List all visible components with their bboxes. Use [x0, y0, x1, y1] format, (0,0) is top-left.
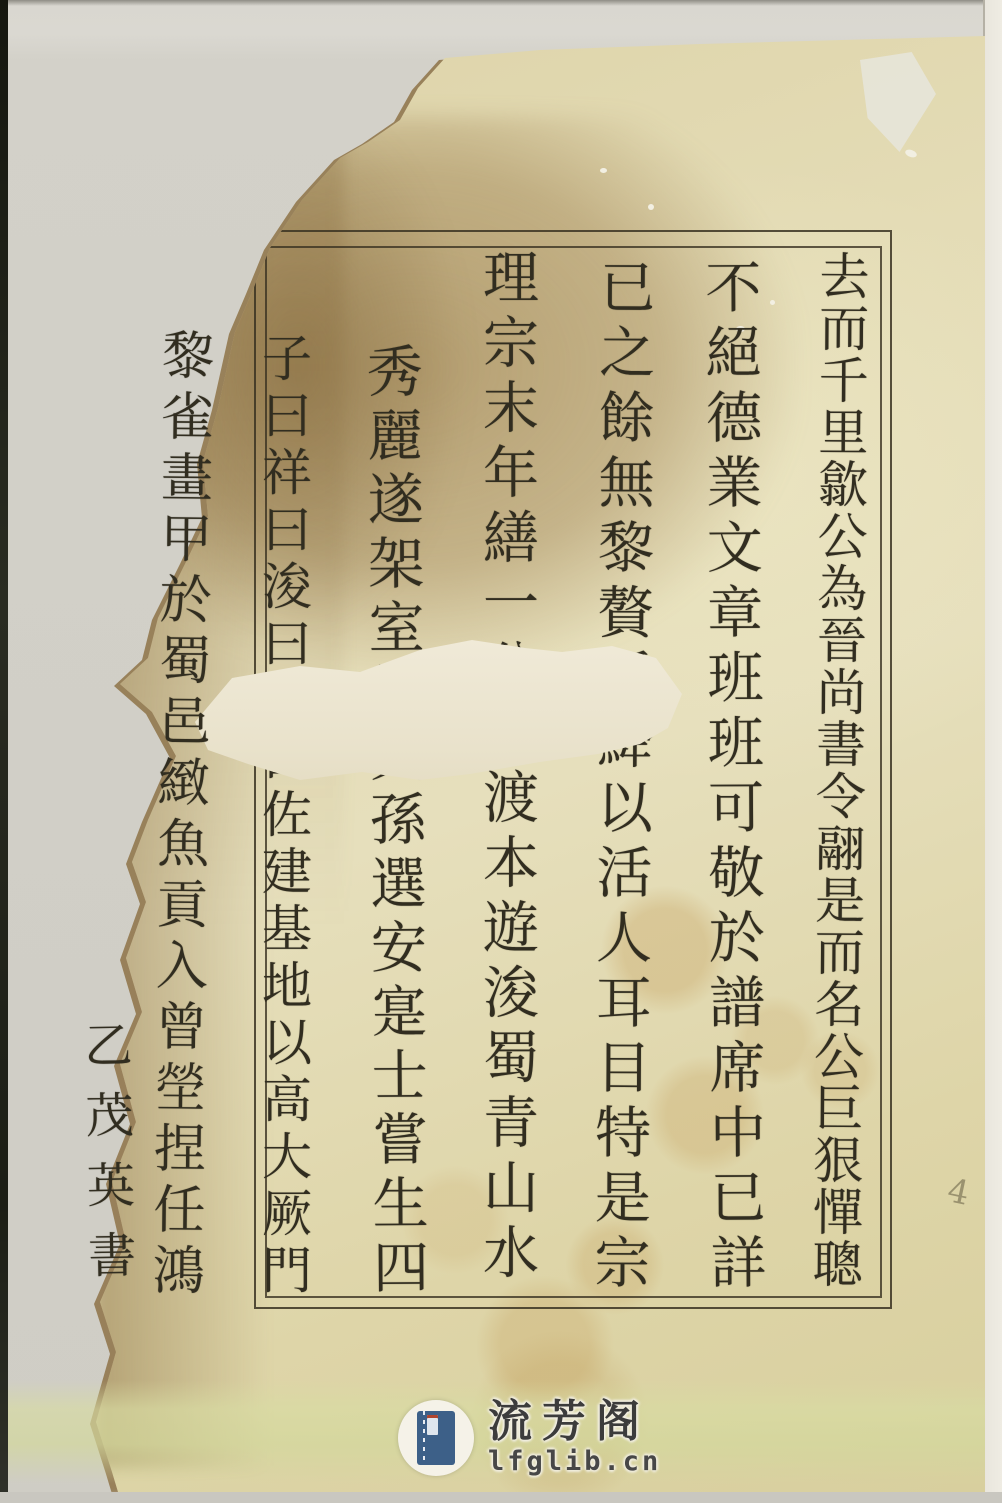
paper-fleck: [770, 300, 775, 305]
backing-strip-right: [983, 0, 1002, 1503]
calligraphy-column-7: 黎雀畫甲於蜀邑緻魚貢入曾塋捏任鴻: [147, 328, 209, 1304]
watermark-logo: [398, 1400, 474, 1476]
calligraphy-column-6: 子曰祥曰浚曰泰曰佐建基地以高大厥門: [258, 332, 308, 1301]
calligraphy-column-5: 秀麗遂架室於其孫選安寔士嘗生四: [362, 342, 425, 1302]
scroll-bottom-edge: [0, 1492, 1002, 1503]
watermark-site-name: 流芳阁: [488, 1399, 661, 1445]
watermark-site-url: lfglib.cn: [488, 1446, 661, 1477]
scanned-manuscript-page: 去而千里歙公為晉尚書令翮是而名公巨狠憚聰 不絕德業文章班班可敬於譜席中已詳 已之…: [0, 0, 1002, 1503]
watermark-text-block: 流芳阁 lfglib.cn: [488, 1399, 661, 1476]
calligraphy-column-2: 不絕德業文章班班可敬於譜席中已詳: [700, 258, 761, 1298]
calligraphy-column-8: 乙茂英書: [80, 1020, 133, 1301]
calligraphy-column-1: 去而千里歙公為晉尚書令翮是而名公巨狠憚聰: [808, 250, 865, 1290]
calligraphy-column-3: 已之餘無黎贅唾絳以活人耳目特是宗: [589, 258, 650, 1298]
scroll-dark-edge: [0, 0, 8, 1503]
site-watermark: 流芳阁 lfglib.cn: [398, 1392, 728, 1484]
paper-fleck: [600, 168, 607, 173]
paper-fleck: [648, 204, 654, 210]
book-icon: [417, 1411, 455, 1465]
